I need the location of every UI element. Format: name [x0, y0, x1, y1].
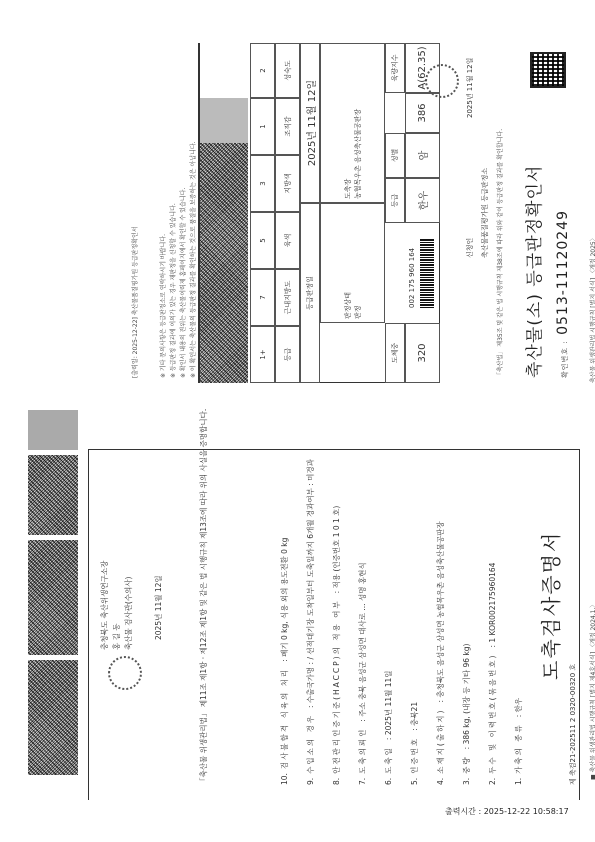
security-pattern — [28, 540, 78, 655]
serial-number: 제 축검21-202511 2 0320-00320 호 — [568, 664, 578, 785]
inspection-item: 9.수입소의 경우: 수출국가명 : / 선적대기장 도착일부터 도축일까지 6… — [305, 455, 316, 785]
certificate-title: 도축검사증명서 — [535, 531, 564, 680]
sex-label: 성별 — [385, 133, 405, 178]
item-no: 8. — [332, 778, 341, 785]
sub-label: 육색 — [275, 212, 300, 269]
grading-date-label: 등급판정일 — [300, 203, 320, 383]
item-value: 충북21 — [410, 702, 419, 726]
sub-value: 1 — [250, 98, 275, 155]
grading-date: 2025년 11월 12일 — [300, 43, 320, 203]
inspection-certificate: ■ 축산물 위생관리법 시행규칙 [별지 제4호서식] 〈개정 2024.1.〉… — [83, 435, 583, 790]
grading-certificate: 축산물 위생관리법 시행규칙 [별지 서식] 〈개정 2025〉 확인번호 : … — [20, 40, 595, 388]
live-weight: 386 — [405, 93, 440, 133]
item-value: 수출국가명 : / 선적대기장 도착일부터 도축일까지 6개월 경과여부 : 미… — [306, 459, 315, 703]
carcass-weight: 320 — [405, 323, 440, 383]
issue-date: 2025년 11월 12일 — [153, 575, 164, 640]
security-logo — [28, 410, 78, 450]
inspection-item: 5.인증번호: 충북21 — [409, 698, 420, 785]
applicant-label: 신청인 — [465, 238, 475, 258]
inspection-item: 1.가축의 종류: 한우 — [513, 694, 524, 785]
sub-label: 등급 — [275, 326, 300, 383]
sub-value: 3 — [250, 155, 275, 212]
sub-value: 7 — [250, 269, 275, 326]
issuing-office: 충청북도 축산위생연구소장 — [99, 561, 110, 650]
certificate-number: 확인번호 : 0513-11120249 — [555, 210, 571, 378]
sex: 암 — [405, 133, 440, 178]
item-value: 1 KOR002175960164 — [488, 563, 497, 643]
item-label: 검사불합격 식육의 처리 — [280, 668, 289, 769]
item-no: 7. — [358, 778, 367, 785]
issuer-line: 축산물품질평가원 등급판정소 — [480, 168, 490, 258]
item-no: 4. — [436, 778, 445, 785]
item-label: 인증번호 — [410, 737, 419, 774]
inspection-item: 8.안전관리인증기준(HACCP)의 적용 여부: 적용 (인증번호 1 0 1… — [331, 502, 342, 785]
barcode-icon — [420, 238, 434, 308]
weight-label: 도체중 — [385, 323, 405, 383]
item-label: 두수 및 이력번호(묶음번호) — [488, 654, 497, 774]
legal-text: 「축산물 위생관리법」 제11조 제1항 · 제12조 제1항 및 같은 법 시… — [198, 409, 209, 785]
header-note: ■ 축산물 위생관리법 시행규칙 [별지 제4호서식] 〈개정 2024.1.〉 — [588, 602, 595, 780]
note-1: ※ 이 확인서는 축산물의 등급판정 결과를 확인하는 것으로 품질을 보증하는… — [188, 141, 197, 378]
item-no: 2. — [488, 778, 497, 785]
sub-value: 5 — [250, 212, 275, 269]
item-label: 도축의뢰인 — [358, 728, 367, 774]
grade-mark-image — [200, 98, 248, 143]
slaughterhouse-info: 도축장 농협목우촌 음성축산물공판장 — [320, 43, 385, 203]
security-pattern — [28, 660, 78, 775]
item-label: 안전관리인증기준(HACCP)의 적용 여부 — [332, 599, 341, 773]
security-pattern — [28, 455, 78, 535]
breed: 한우 — [405, 178, 440, 223]
yield-grade: A(62.35) — [405, 43, 440, 93]
inspector-title: 축산물 검사관(수의사) — [123, 577, 134, 650]
official-seal-icon — [108, 656, 142, 690]
sub-value: 2 — [250, 43, 275, 98]
sub-value: 1+ — [250, 326, 275, 383]
bottom-line: [출력일: 2025-12-22] 축산물품질평가원 등급판정확인서 — [130, 226, 139, 378]
item-value: 폐기 0 kg, 식용 외의 용도전환 0 kg — [280, 538, 289, 657]
yield-label: 육량지수 — [385, 43, 405, 93]
item-label: 중량 — [462, 755, 471, 774]
item-no: 1. — [514, 778, 523, 785]
item-value: 적용 (인증번호 1 0 1 호) — [332, 506, 341, 589]
header-note: 축산물 위생관리법 시행규칙 [별지 서식] 〈개정 2025〉 — [588, 235, 595, 383]
barcode-number: 002 175 960 164 — [408, 248, 416, 308]
item-label: 도축일 — [384, 746, 393, 774]
inspection-item: 7.도축의뢰인: 주소 충북 음성군 삼성면 대사로 ... 성명 홍현식 — [357, 558, 368, 785]
item-label: 가축의 종류 — [514, 723, 523, 774]
item-value: 한우 — [514, 698, 523, 713]
grade-label: 등급 — [385, 178, 405, 223]
sub-table: 등급 근내지방도 육색 지방색 조직감 성숙도 1+ 7 5 3 1 2 — [250, 43, 300, 383]
divider — [198, 43, 200, 383]
certificate-title: 축산물(소) 등급판정확인서 — [520, 165, 545, 378]
note-3: ※ 등급판정 결과에 이의가 있는 경우 재판정을 신청할 수 있습니다. — [168, 203, 177, 378]
issue-date: 2025년 11월 12일 — [465, 58, 475, 118]
grading-details: 판정상태 판정 — [320, 203, 385, 323]
item-value: 주소 충북 음성군 삼성면 대사로 ... 성명 홍현식 — [358, 562, 367, 716]
item-value: 충청북도 음성군 삼성면 농협목우촌 음성축산물공판장 — [436, 521, 445, 697]
item-no: 5. — [410, 778, 419, 785]
item-label: 수입소의 경우 — [306, 714, 315, 774]
item-no: 6. — [384, 778, 393, 785]
inspection-item: 4.소재지(출하지): 충청북도 음성군 삼성면 농협목우촌 음성축산물공판장 — [435, 517, 446, 785]
item-value: 386 kg, (내장 등 기타 96 kg) — [462, 644, 471, 745]
item-label: 소재지(출하지) — [436, 709, 445, 774]
legal-note: 「축산법」 제35조 및 같은 법 시행규칙 제38조에 따라 위와 같이 등급… — [495, 129, 504, 378]
sub-label: 성숙도 — [275, 43, 300, 98]
sub-label: 조직감 — [275, 98, 300, 155]
print-time: 출력시간 : 2025-12-22 10:58:17 — [445, 806, 569, 817]
sub-label: 지방색 — [275, 155, 300, 212]
inspection-item: 2.두수 및 이력번호(묶음번호): 1 KOR002175960164 — [487, 559, 498, 785]
note-4: ※ 기타 문의사항은 등급판정소로 연락하시기 바랍니다. — [158, 234, 167, 378]
item-no: 9. — [306, 778, 315, 785]
inspection-item: 3.중량: 386 kg, (내장 등 기타 96 kg) — [461, 640, 472, 785]
inspection-item: 10.검사불합격 식육의 처리: 폐기 0 kg, 식용 외의 용도전환 0 k… — [279, 534, 290, 785]
item-no: 3. — [462, 778, 471, 785]
inspection-item: 6.도축일: 2025년 11월 11일 — [383, 666, 394, 785]
item-no: 10. — [280, 773, 289, 785]
sub-label: 근내지방도 — [275, 269, 300, 326]
item-value: 2025년 11월 11일 — [384, 670, 393, 735]
qr-code-icon — [530, 52, 566, 88]
note-2: ※ 확인서 내용의 진위는 축산물이력제 홈페이지에서 확인할 수 있습니다. — [178, 188, 187, 378]
carcass-image — [200, 143, 248, 383]
inspector-name: 홍 길 동 — [111, 623, 122, 650]
